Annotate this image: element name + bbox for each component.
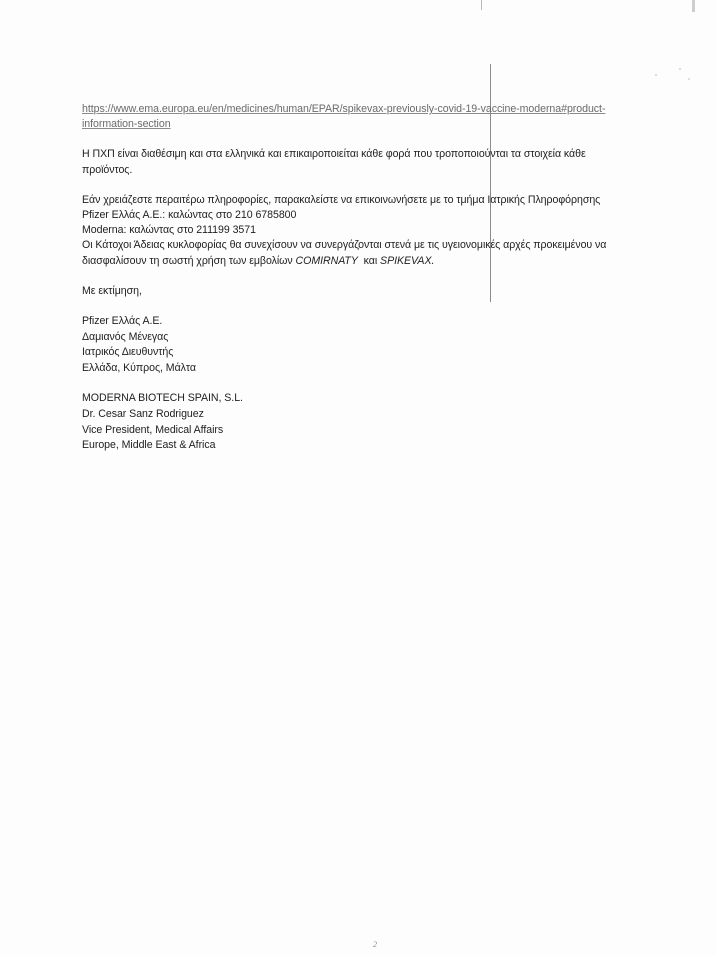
pfizer-signatory-name: Δαμιανός Μένεγας xyxy=(82,330,662,346)
page-number: 2 xyxy=(373,940,377,949)
signature-pfizer: Pfizer Ελλάς Α.Ε. Δαμιανός Μένεγας Ιατρι… xyxy=(82,314,662,376)
period: . xyxy=(431,255,434,267)
scan-artifact-mark xyxy=(692,0,695,12)
conjunction: και xyxy=(358,255,380,267)
moderna-signatory-title: Vice President, Medical Affairs xyxy=(82,423,662,439)
scan-artifact-mark xyxy=(481,0,482,10)
url-line-1[interactable]: https://www.ema.europa.eu/en/medicines/h… xyxy=(82,102,662,117)
pfizer-signatory-title: Ιατρικός Διευθυντής xyxy=(82,345,662,361)
holders-line-1: Οι Κάτοχοι Άδειας κυκλοφορίας θα συνεχίσ… xyxy=(82,238,662,253)
closing: Με εκτίμηση, xyxy=(82,284,662,299)
reference-link[interactable]: https://www.ema.europa.eu/en/medicines/h… xyxy=(82,102,662,132)
moderna-company: MODERNA BIOTECH SPAIN, S.L. xyxy=(82,391,662,407)
url-line-2[interactable]: information-section xyxy=(82,117,662,132)
signature-moderna: MODERNA BIOTECH SPAIN, S.L. Dr. Cesar Sa… xyxy=(82,391,662,453)
scan-artifact-speck xyxy=(688,78,690,80)
contact-intro: Εάν χρειάζεστε περαιτέρω πληροφορίες, πα… xyxy=(82,193,662,208)
document-page: https://www.ema.europa.eu/en/medicines/h… xyxy=(0,0,717,955)
moderna-region: Europe, Middle East & Africa xyxy=(82,438,662,454)
pfizer-company: Pfizer Ελλάς Α.Ε. xyxy=(82,314,662,330)
contact-pfizer-phone: Pfizer Ελλάς Α.Ε.: καλώντας στο 210 6785… xyxy=(82,208,662,223)
contact-moderna-phone: Moderna: καλώντας στο 211199 3571 xyxy=(82,223,662,238)
pxp-line-2: προϊόντος. xyxy=(82,163,662,178)
scan-artifact-speck xyxy=(679,68,681,70)
vaccine-name-spikevax: SPIKEVAX xyxy=(380,255,431,267)
vaccine-name-comirnaty: COMIRNATY xyxy=(296,255,358,267)
scan-artifact-speck xyxy=(655,74,657,76)
holders-line-2: διασφαλίσουν τη σωστή χρήση των εμβολίων… xyxy=(82,254,662,269)
pfizer-region: Ελλάδα, Κύπρος, Μάλτα xyxy=(82,361,662,377)
letter-body: https://www.ema.europa.eu/en/medicines/h… xyxy=(82,102,662,454)
contact-paragraph: Εάν χρειάζεστε περαιτέρω πληροφορίες, πα… xyxy=(82,193,662,269)
pxp-line-1: Η ΠΧΠ είναι διαθέσιμη και στα ελληνικά κ… xyxy=(82,147,662,162)
moderna-signatory-name: Dr. Cesar Sanz Rodriguez xyxy=(82,407,662,423)
holders-line-2-text: διασφαλίσουν τη σωστή χρήση των εμβολίων xyxy=(82,255,296,267)
pxp-paragraph: Η ΠΧΠ είναι διαθέσιμη και στα ελληνικά κ… xyxy=(82,147,662,177)
